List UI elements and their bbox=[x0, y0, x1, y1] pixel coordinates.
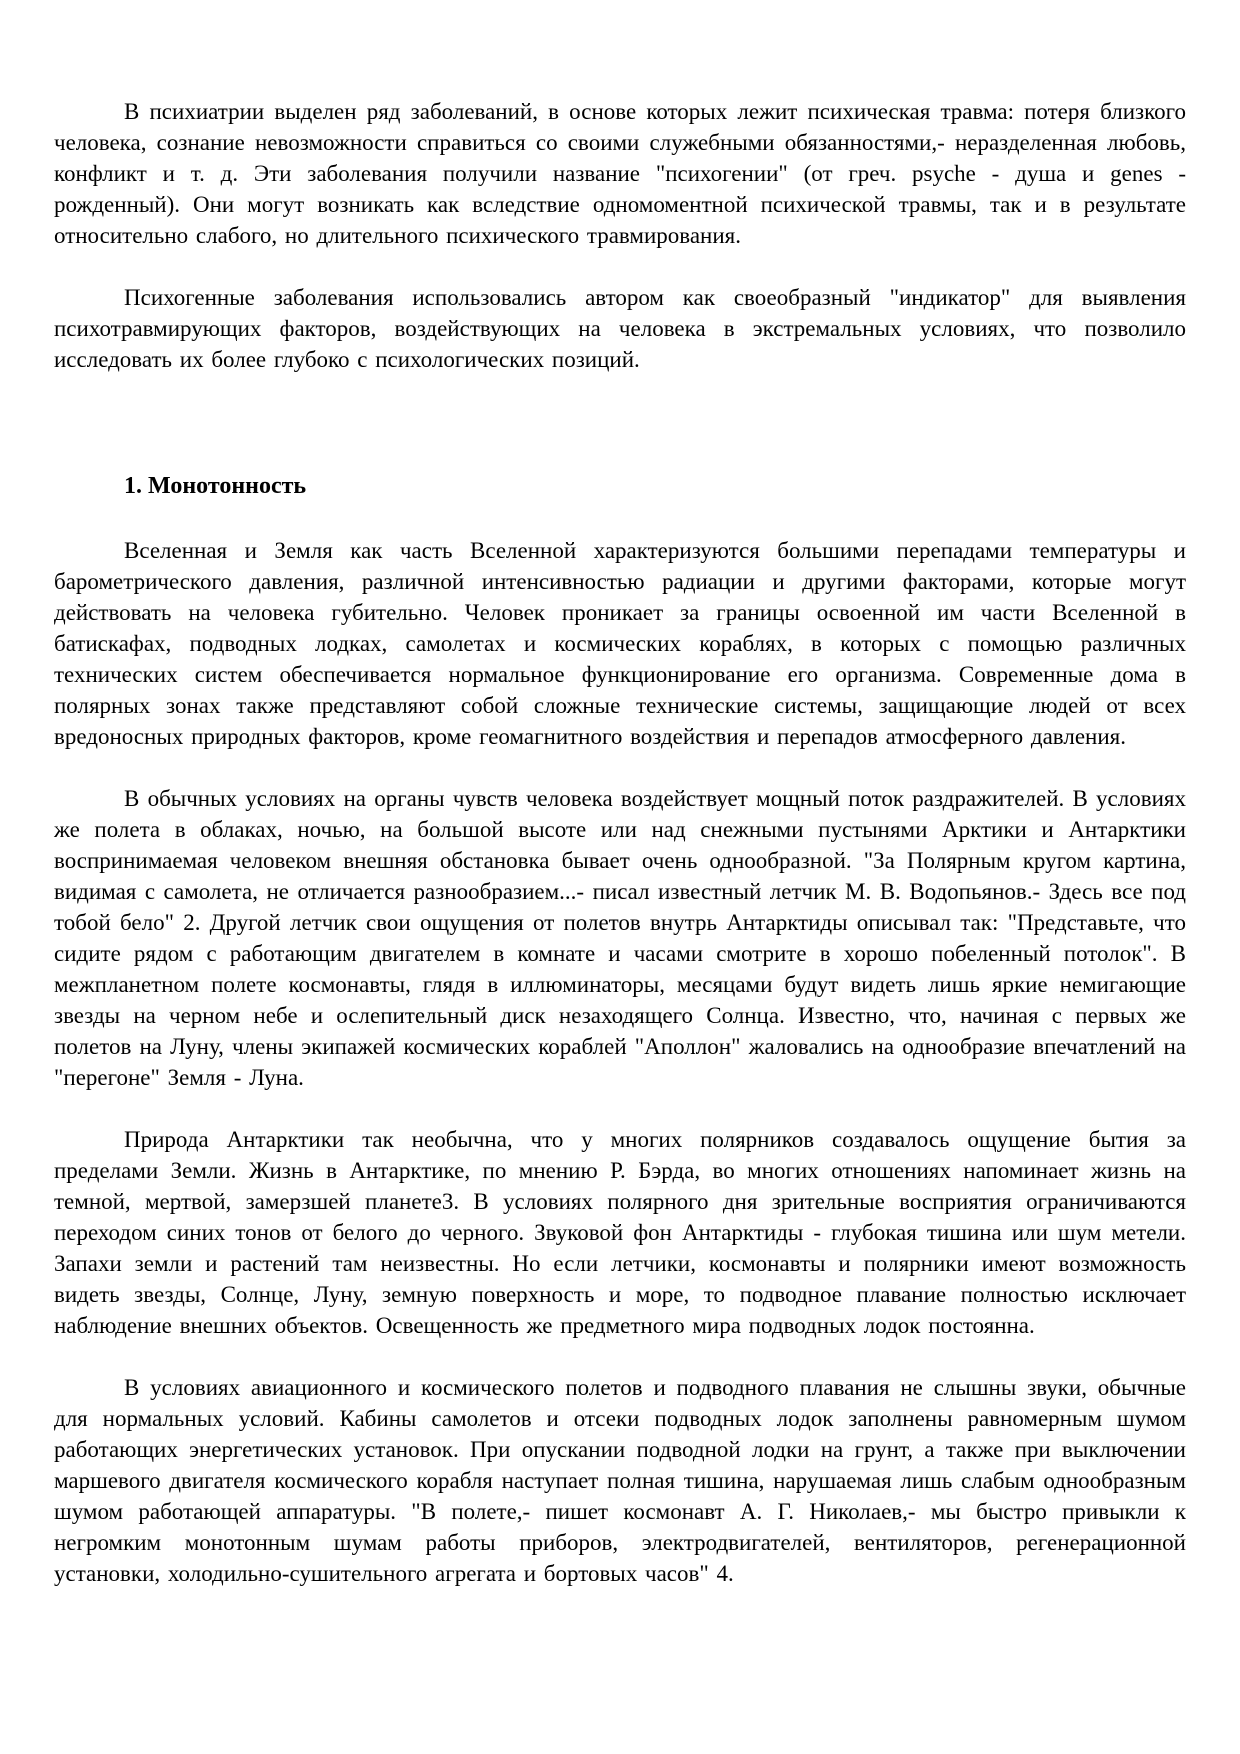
paragraph-senses: В обычных условиях на органы чувств чело… bbox=[54, 783, 1186, 1093]
paragraph-sounds: В условиях авиационного и космического п… bbox=[54, 1372, 1186, 1589]
section-heading-monotony: 1. Монотонность bbox=[54, 471, 1186, 502]
paragraph-antarctica: Природа Антарктики так необычна, что у м… bbox=[54, 1124, 1186, 1341]
paragraph-indicator: Психогенные заболевания использовались а… bbox=[54, 282, 1186, 375]
document-page: В психиатрии выделен ряд заболеваний, в … bbox=[0, 0, 1240, 1754]
paragraph-universe: Вселенная и Земля как часть Вселенной ха… bbox=[54, 535, 1186, 752]
paragraph-psychogenies: В психиатрии выделен ряд заболеваний, в … bbox=[54, 96, 1186, 251]
